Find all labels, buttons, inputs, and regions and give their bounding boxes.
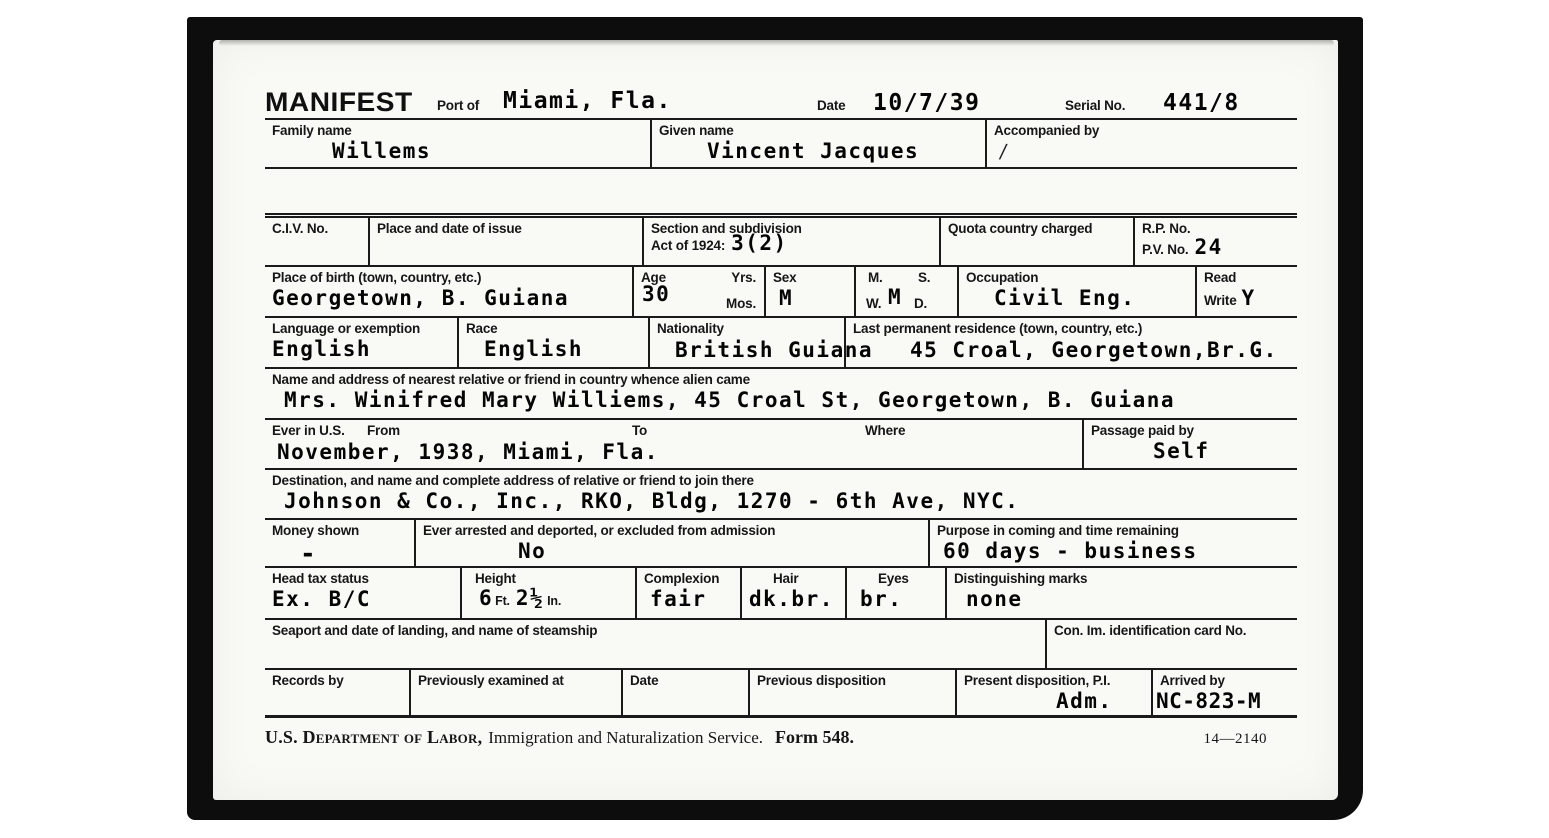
records-date-cell: Date [621, 670, 748, 715]
race-value: English [466, 339, 644, 360]
place-date-issue-label: Place and date of issue [377, 221, 638, 237]
marital-status-cell: M. S. W. M D. [854, 267, 957, 316]
physical-row: Head tax status Ex. B/C Height 6 Ft. 2½ … [265, 566, 1297, 618]
nearest-relative-row: Name and address of nearest relative or … [265, 367, 1297, 418]
ever-in-us-row: Ever in U.S. From To Where November, 193… [265, 418, 1297, 468]
height-inches-value: 2½ [516, 588, 544, 609]
marital-status-value: M [888, 287, 902, 308]
serial-label: Serial No. [1065, 98, 1125, 114]
date-label: Date [817, 98, 845, 114]
agency-service: Immigration and Naturalization Service. [488, 728, 763, 748]
accompanied-by-mark: / [999, 141, 1008, 162]
read-write-value: Y [1242, 288, 1256, 309]
accompanied-by-label: Accompanied by [994, 123, 1293, 139]
head-tax-value: Ex. B/C [272, 589, 456, 610]
rp-pv-cell: R.P. No. P.V. No. 24 [1133, 218, 1297, 265]
present-disposition-value: Adm. [964, 691, 1147, 712]
card-header: MANIFEST Port of Miami, Fla. Date 10/7/3… [265, 84, 1297, 118]
purpose-cell: Purpose in coming and time remaining 60 … [928, 520, 1297, 566]
money-shown-value: - [272, 541, 410, 567]
family-name-label: Family name [272, 123, 646, 139]
destination-cell: Destination, and name and complete addre… [265, 470, 1297, 518]
destination-row: Destination, and name and complete addre… [265, 468, 1297, 518]
port-label: Port of [437, 98, 479, 114]
height-cell: Height 6 Ft. 2½ In. [460, 568, 635, 618]
where-label: Where [865, 423, 905, 439]
manifest-card: MANIFEST Port of Miami, Fla. Date 10/7/3… [213, 40, 1338, 800]
con-im-card-label: Con. Im. identification card No. [1054, 623, 1293, 639]
ever-in-us-label: Ever in U.S. [272, 423, 345, 439]
divorced-label: D. [914, 296, 927, 312]
language-row: Language or exemption English Race Engli… [265, 316, 1297, 367]
nearest-relative-label: Name and address of nearest relative or … [272, 372, 1293, 388]
eyes-cell: Eyes br. [845, 568, 945, 618]
seaport-label: Seaport and date of landing, and name of… [272, 623, 1041, 639]
nearest-relative-cell: Name and address of nearest relative or … [265, 369, 1297, 418]
race-label: Race [466, 321, 644, 337]
seaport-row: Seaport and date of landing, and name of… [265, 618, 1297, 668]
arrested-value: No [423, 541, 924, 562]
destination-value: Johnson & Co., Inc., RKO, Bldg, 1270 - 6… [272, 491, 1293, 512]
yrs-label: Yrs. [731, 270, 756, 286]
read-write-cell: Read Write Y [1195, 267, 1297, 316]
serial-value: 441/8 [1163, 92, 1240, 115]
previously-examined-cell: Previously examined at [409, 670, 621, 715]
card-footer: U.S. Department of Labor, Immigration an… [265, 727, 1297, 748]
seaport-cell: Seaport and date of landing, and name of… [265, 620, 1045, 668]
hair-label: Hair [749, 571, 841, 587]
widowed-label: W. [866, 296, 881, 312]
section-subdivision-cell: Section and subdivision Act of 1924: 3(2… [642, 218, 939, 265]
place-of-birth-cell: Place of birth (town, country, etc.) Geo… [265, 267, 632, 316]
given-name-value: Vincent Jacques [659, 141, 981, 162]
hair-cell: Hair dk.br. [740, 568, 845, 618]
mos-label: Mos. [726, 296, 756, 312]
occupation-label: Occupation [966, 270, 1191, 286]
civ-no-cell: C.I.V. No. [265, 218, 368, 265]
given-name-label: Given name [659, 123, 981, 139]
act-1924-value: 3(2) [731, 233, 788, 254]
place-of-birth-value: Georgetown, B. Guiana [272, 288, 628, 309]
eyes-value: br. [854, 589, 941, 610]
nationality-label: Nationality [657, 321, 840, 337]
language-label: Language or exemption [272, 321, 453, 337]
complexion-cell: Complexion fair [635, 568, 740, 618]
previously-examined-label: Previously examined at [418, 673, 617, 689]
complexion-label: Complexion [644, 571, 736, 587]
sex-cell: Sex M [764, 267, 854, 316]
last-residence-label: Last permanent residence (town, country,… [853, 321, 1293, 337]
feet-label: Ft. [495, 594, 510, 609]
accompanied-by-cell: Accompanied by / [985, 120, 1297, 167]
money-shown-label: Money shown [272, 523, 410, 539]
sex-value: M [773, 288, 850, 309]
passage-paid-label: Passage paid by [1091, 423, 1293, 439]
port-value: Miami, Fla. [503, 90, 672, 113]
distinguishing-marks-cell: Distinguishing marks none [945, 568, 1297, 618]
arrived-by-value: NC-823-M [1156, 691, 1293, 712]
records-row: Records by Previously examined at Date P… [265, 668, 1297, 718]
birth-row: Place of birth (town, country, etc.) Geo… [265, 265, 1297, 316]
place-of-birth-label: Place of birth (town, country, etc.) [272, 270, 628, 286]
passage-paid-value: Self [1091, 441, 1293, 462]
arrived-by-label: Arrived by [1160, 673, 1293, 689]
arrested-cell: Ever arrested and deported, or excluded … [414, 520, 928, 566]
to-label: To [632, 423, 647, 439]
blank-band [265, 167, 1297, 213]
family-name-cell: Family name Willems [265, 120, 650, 167]
head-tax-label: Head tax status [272, 571, 456, 587]
money-row: Money shown - Ever arrested and deported… [265, 518, 1297, 566]
sex-label: Sex [773, 270, 850, 286]
nearest-relative-value: Mrs. Winifred Mary Williems, 45 Croal St… [272, 390, 1293, 411]
ever-in-us-cell: Ever in U.S. From To Where November, 193… [265, 420, 1082, 468]
last-residence-value: 45 Croal, Georgetown,Br.G. [910, 340, 1278, 361]
section-subdivision-label: Section and subdivision [651, 221, 935, 237]
records-date-label: Date [630, 673, 744, 689]
con-im-card-cell: Con. Im. identification card No. [1045, 620, 1297, 668]
print-code: 14—2140 [1204, 731, 1298, 748]
single-label: S. [918, 270, 930, 286]
purpose-value: 60 days - business [937, 541, 1293, 562]
age-cell: Age Yrs. 30 Mos. [632, 267, 764, 316]
complexion-value: fair [644, 589, 736, 610]
given-name-cell: Given name Vincent Jacques [650, 120, 985, 167]
date-value: 10/7/39 [873, 92, 980, 115]
passage-paid-cell: Passage paid by Self [1082, 420, 1297, 468]
civ-row: C.I.V. No. Place and date of issue Secti… [265, 213, 1297, 265]
occupation-cell: Occupation Civil Eng. [957, 267, 1195, 316]
family-name-value: Willems [272, 141, 646, 162]
inches-label: In. [547, 594, 561, 609]
place-date-issue-cell: Place and date of issue [368, 218, 642, 265]
act-1924-label: Act of 1924: [651, 238, 725, 254]
eyes-label: Eyes [854, 571, 941, 587]
nationality-value: British Guiana [675, 340, 873, 361]
married-label: M. [868, 270, 883, 286]
language-value: English [272, 339, 453, 360]
hair-value: dk.br. [749, 589, 841, 610]
manifest-title: MANIFEST [265, 89, 413, 116]
pv-no-label: P.V. No. [1142, 242, 1188, 258]
previous-disposition-label: Previous disposition [757, 673, 951, 689]
money-shown-cell: Money shown - [265, 520, 414, 566]
purpose-label: Purpose in coming and time remaining [937, 523, 1293, 539]
present-disposition-cell: Present disposition, P.I. Adm. [955, 670, 1151, 715]
form-number: Form 548. [775, 727, 854, 748]
destination-label: Destination, and name and complete addre… [272, 473, 1293, 489]
civ-no-label: C.I.V. No. [272, 221, 364, 237]
manifest-form: MANIFEST Port of Miami, Fla. Date 10/7/3… [265, 84, 1297, 748]
race-cell: Race English [457, 318, 648, 367]
read-label: Read [1204, 270, 1293, 286]
age-value: 30 [642, 284, 670, 305]
head-tax-cell: Head tax status Ex. B/C [265, 568, 460, 618]
previous-disposition-cell: Previous disposition [748, 670, 955, 715]
agency-name: U.S. Department of Labor, [265, 727, 482, 748]
distinguishing-marks-value: none [954, 589, 1293, 610]
write-label: Write [1204, 293, 1237, 309]
language-cell: Language or exemption English [265, 318, 457, 367]
occupation-value: Civil Eng. [966, 288, 1191, 309]
records-by-label: Records by [272, 673, 405, 689]
ever-in-us-value: November, 1938, Miami, Fla. [277, 442, 659, 463]
arrested-label: Ever arrested and deported, or excluded … [423, 523, 924, 539]
arrived-by-cell: Arrived by NC-823-M [1151, 670, 1297, 715]
from-label: From [367, 423, 400, 439]
pv-no-value: 24 [1194, 237, 1222, 258]
height-feet-value: 6 [479, 588, 493, 609]
present-disposition-label: Present disposition, P.I. [964, 673, 1147, 689]
scan-black-frame: MANIFEST Port of Miami, Fla. Date 10/7/3… [187, 17, 1363, 820]
height-label: Height [469, 571, 631, 587]
records-by-cell: Records by [265, 670, 409, 715]
quota-country-cell: Quota country charged [939, 218, 1133, 265]
name-row: Family name Willems Given name Vincent J… [265, 118, 1297, 167]
distinguishing-marks-label: Distinguishing marks [954, 571, 1293, 587]
quota-country-label: Quota country charged [948, 221, 1129, 237]
